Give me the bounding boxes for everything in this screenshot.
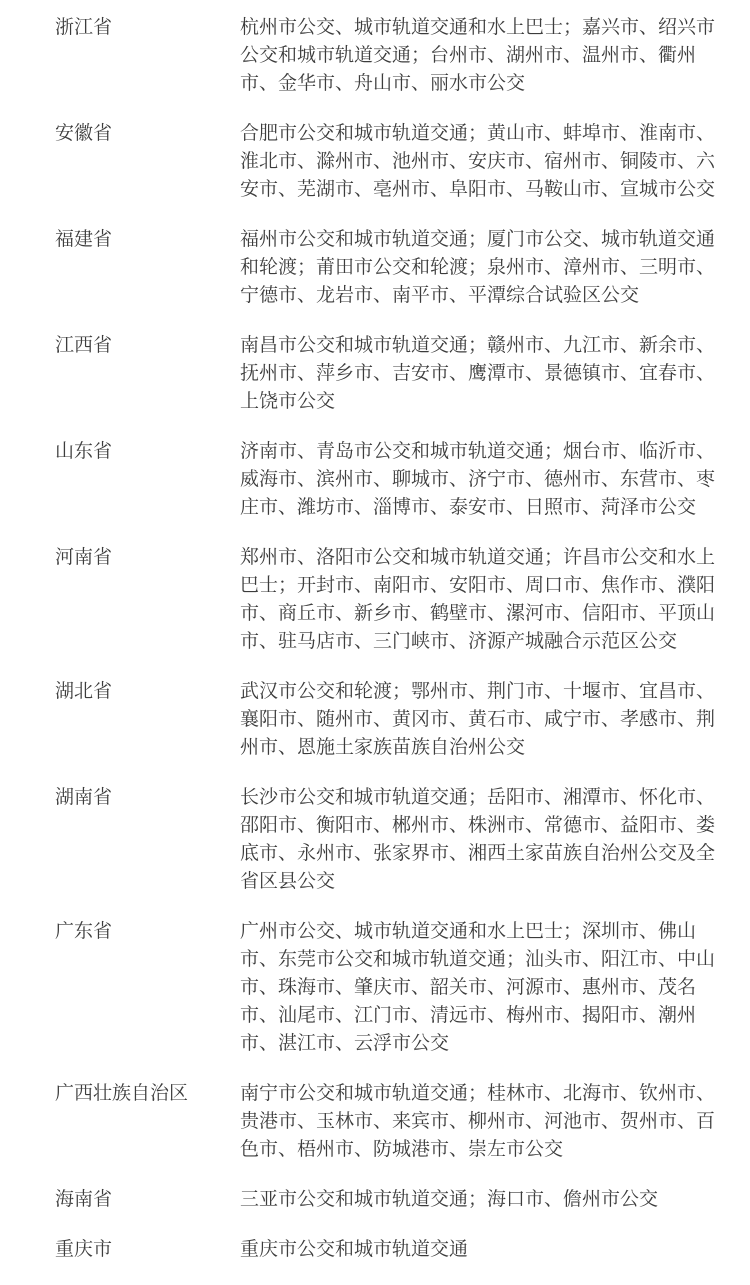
services-text: 杭州市公交、城市轨道交通和水上巴士；嘉兴市、绍兴市公交和城市轨道交通；台州市、湖… — [240, 14, 718, 98]
table-row: 福建省 福州市公交和城市轨道交通；厦门市公交、城市轨道交通和轮渡；莆田市公交和轮… — [55, 226, 720, 310]
table-row: 江西省 南昌市公交和城市轨道交通；赣州市、九江市、新余市、抚州市、萍乡市、吉安市… — [55, 332, 720, 416]
table-row: 湖南省 长沙市公交和城市轨道交通；岳阳市、湘潭市、怀化市、邵阳市、衡阳市、郴州市… — [55, 784, 720, 896]
table-row: 海南省 三亚市公交和城市轨道交通；海口市、儋州市公交 — [55, 1186, 720, 1214]
table-row: 重庆市 重庆市公交和城市轨道交通 — [55, 1236, 720, 1264]
province-name: 江西省 — [55, 332, 240, 360]
table-row: 浙江省 杭州市公交、城市轨道交通和水上巴士；嘉兴市、绍兴市公交和城市轨道交通；台… — [55, 14, 720, 98]
table-row: 河南省 郑州市、洛阳市公交和城市轨道交通；许昌市公交和水上巴士；开封市、南阳市、… — [55, 544, 720, 656]
province-name: 福建省 — [55, 226, 240, 254]
table-row: 湖北省 武汉市公交和轮渡；鄂州市、荆门市、十堰市、宜昌市、襄阳市、随州市、黄冈市… — [55, 678, 720, 762]
province-name: 安徽省 — [55, 120, 240, 148]
province-name: 广西壮族自治区 — [55, 1080, 240, 1108]
services-text: 郑州市、洛阳市公交和城市轨道交通；许昌市公交和水上巴士；开封市、南阳市、安阳市、… — [240, 544, 718, 656]
services-text: 南宁市公交和城市轨道交通；桂林市、北海市、钦州市、贵港市、玉林市、来宾市、柳州市… — [240, 1080, 718, 1164]
services-text: 三亚市公交和城市轨道交通；海口市、儋州市公交 — [240, 1186, 718, 1214]
province-name: 浙江省 — [55, 14, 240, 42]
province-name: 重庆市 — [55, 1236, 240, 1264]
table-row: 广东省 广州市公交、城市轨道交通和水上巴士；深圳市、佛山市、东莞市公交和城市轨道… — [55, 918, 720, 1058]
services-text: 长沙市公交和城市轨道交通；岳阳市、湘潭市、怀化市、邵阳市、衡阳市、郴州市、株洲市… — [240, 784, 718, 896]
province-name: 湖南省 — [55, 784, 240, 812]
province-name: 海南省 — [55, 1186, 240, 1214]
table-row: 山东省 济南市、青岛市公交和城市轨道交通；烟台市、临沂市、威海市、滨州市、聊城市… — [55, 438, 720, 522]
province-name: 河南省 — [55, 544, 240, 572]
province-name: 广东省 — [55, 918, 240, 946]
services-text: 福州市公交和城市轨道交通；厦门市公交、城市轨道交通和轮渡；莆田市公交和轮渡；泉州… — [240, 226, 718, 310]
services-text: 合肥市公交和城市轨道交通；黄山市、蚌埠市、淮南市、淮北市、滁州市、池州市、安庆市… — [240, 120, 718, 204]
services-text: 南昌市公交和城市轨道交通；赣州市、九江市、新余市、抚州市、萍乡市、吉安市、鹰潭市… — [240, 332, 718, 416]
services-text: 济南市、青岛市公交和城市轨道交通；烟台市、临沂市、威海市、滨州市、聊城市、济宁市… — [240, 438, 718, 522]
province-name: 湖北省 — [55, 678, 240, 706]
services-text: 武汉市公交和轮渡；鄂州市、荆门市、十堰市、宜昌市、襄阳市、随州市、黄冈市、黄石市… — [240, 678, 718, 762]
table-row: 广西壮族自治区 南宁市公交和城市轨道交通；桂林市、北海市、钦州市、贵港市、玉林市… — [55, 1080, 720, 1164]
table-row: 安徽省 合肥市公交和城市轨道交通；黄山市、蚌埠市、淮南市、淮北市、滁州市、池州市… — [55, 120, 720, 204]
transit-coverage-table: 浙江省 杭州市公交、城市轨道交通和水上巴士；嘉兴市、绍兴市公交和城市轨道交通；台… — [0, 0, 750, 1284]
province-name: 山东省 — [55, 438, 240, 466]
services-text: 重庆市公交和城市轨道交通 — [240, 1236, 718, 1264]
services-text: 广州市公交、城市轨道交通和水上巴士；深圳市、佛山市、东莞市公交和城市轨道交通；汕… — [240, 918, 718, 1058]
